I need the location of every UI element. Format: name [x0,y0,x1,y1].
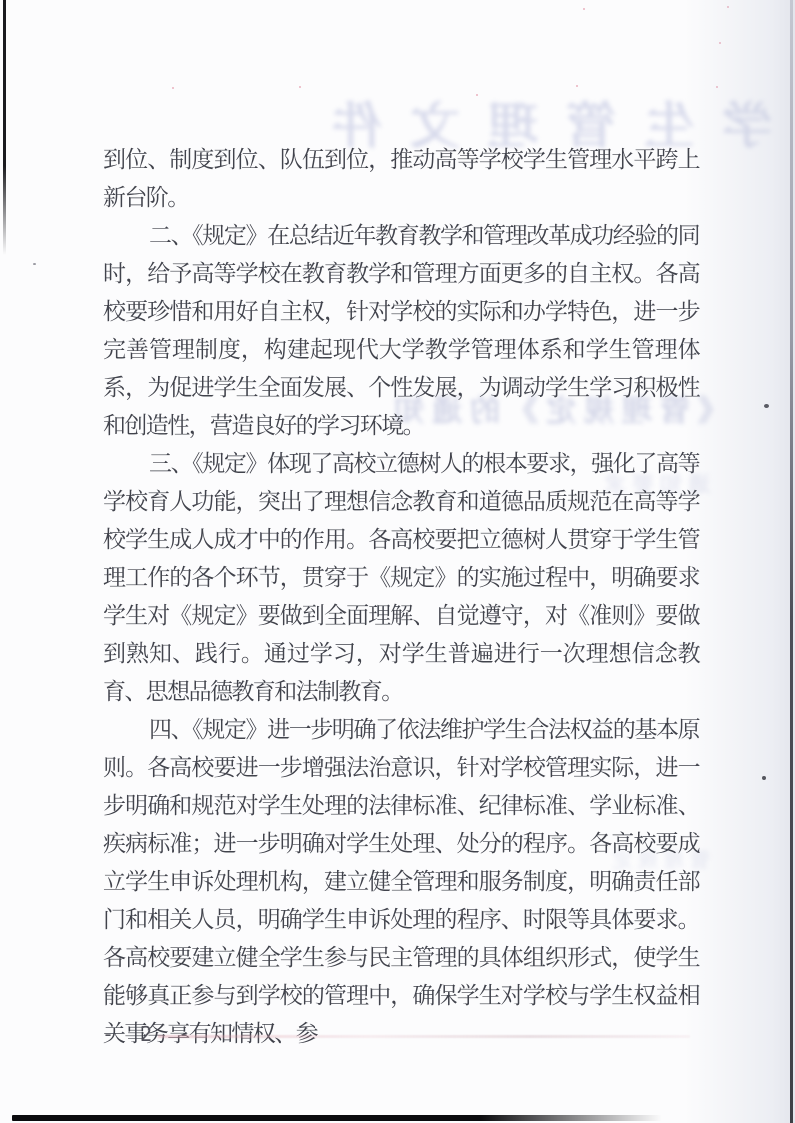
scan-edge-right [790,0,793,1123]
scan-speck [576,85,578,87]
scan-speck [33,263,36,265]
scanned-document-page: 学生管理文件 《管理规定》的通知 通知要求 管理规定 到位、制度到位、队伍到位，… [0,0,795,1123]
scan-edge-bottom [12,1115,662,1121]
scan-speck [583,8,585,10]
body-paragraph: 三、《规定》体现了高校立德树人的根本要求，强化了高等学校育人功能，突出了理想信念… [103,444,699,710]
scan-speck [476,94,478,96]
scan-edge-left [3,0,6,255]
scan-speck [762,776,766,780]
scan-speck [716,86,718,88]
body-paragraph: 四、《规定》进一步明确了依法维护学生合法权益的基本原则。各高校要进一步增强法治意… [103,710,699,1052]
scan-speck [764,404,769,408]
body-paragraph: 二、《规定》在总结近年教育教学和管理改革成功经验的同时，给予高等学校在教育教学和… [103,216,699,444]
body-paragraph: 到位、制度到位、队伍到位，推动高等学校学生管理水平跨上新台阶。 [103,140,699,216]
scan-speck [172,87,174,89]
page-number: - 2 - [102,1022,197,1046]
document-body: 到位、制度到位、队伍到位，推动高等学校学生管理水平跨上新台阶。 二、《规定》在总… [103,140,699,1052]
scan-speck [719,42,721,44]
scan-speck [299,86,301,88]
scan-speck [727,6,729,8]
